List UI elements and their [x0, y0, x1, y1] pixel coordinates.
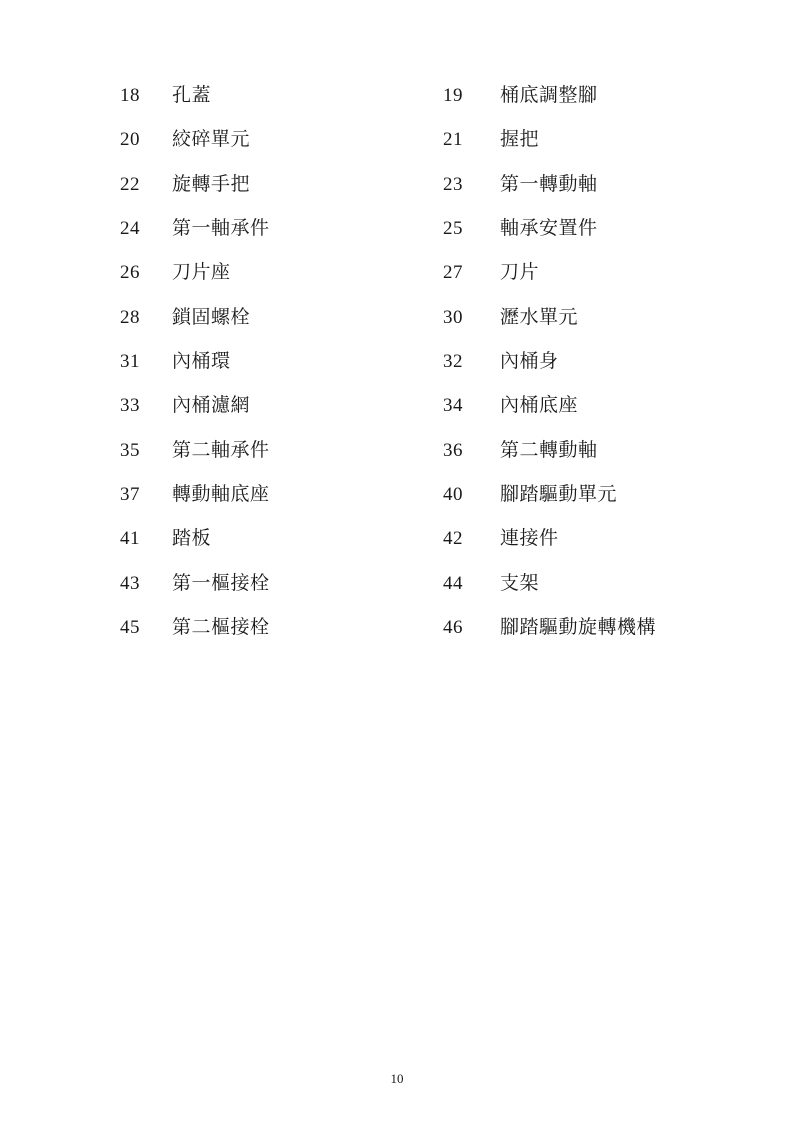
- right-ref-number: 36: [443, 441, 463, 461]
- right-ref-label: 握把: [500, 130, 539, 150]
- right-ref-label: 第一轉動軸: [500, 175, 598, 195]
- right-ref-number: 19: [443, 86, 463, 106]
- left-ref-label: 第二樞接栓: [172, 618, 270, 638]
- left-ref-number: 24: [120, 219, 140, 239]
- left-ref-label: 內桶濾網: [172, 396, 250, 416]
- right-ref-label: 桶底調整腳: [500, 86, 598, 106]
- left-ref-number: 45: [120, 618, 140, 638]
- reference-row: 28 鎖固螺栓 30 瀝水單元: [0, 308, 794, 352]
- right-ref-label: 支架: [500, 574, 539, 594]
- right-ref-number: 21: [443, 130, 463, 150]
- reference-row: 31 內桶環 32 內桶身: [0, 352, 794, 396]
- left-ref-label: 內桶環: [172, 352, 231, 372]
- reference-row: 18 孔蓋 19 桶底調整腳: [0, 86, 794, 130]
- left-ref-number: 18: [120, 86, 140, 106]
- left-ref-number: 35: [120, 441, 140, 461]
- right-ref-label: 內桶底座: [500, 396, 578, 416]
- reference-row: 24 第一軸承件 25 軸承安置件: [0, 219, 794, 263]
- reference-row: 20 絞碎單元 21 握把: [0, 130, 794, 174]
- left-ref-number: 33: [120, 396, 140, 416]
- right-ref-number: 30: [443, 308, 463, 328]
- reference-row: 26 刀片座 27 刀片: [0, 263, 794, 307]
- right-ref-label: 軸承安置件: [500, 219, 598, 239]
- left-ref-label: 絞碎單元: [172, 130, 250, 150]
- left-ref-label: 第一樞接栓: [172, 574, 270, 594]
- reference-row: 43 第一樞接栓 44 支架: [0, 574, 794, 618]
- reference-row: 35 第二軸承件 36 第二轉動軸: [0, 441, 794, 485]
- page-footer: 10: [0, 1070, 794, 1088]
- right-ref-number: 34: [443, 396, 463, 416]
- reference-numeral-list: 18 孔蓋 19 桶底調整腳 20 絞碎單元 21 握把 22 旋轉手把 23 …: [0, 86, 794, 662]
- left-ref-label: 刀片座: [172, 263, 231, 283]
- left-ref-number: 26: [120, 263, 140, 283]
- left-ref-number: 31: [120, 352, 140, 372]
- right-ref-number: 27: [443, 263, 463, 283]
- right-ref-label: 刀片: [500, 263, 539, 283]
- document-page: 18 孔蓋 19 桶底調整腳 20 絞碎單元 21 握把 22 旋轉手把 23 …: [0, 0, 794, 1123]
- right-ref-number: 23: [443, 175, 463, 195]
- left-ref-label: 踏板: [172, 529, 211, 549]
- right-ref-number: 44: [443, 574, 463, 594]
- right-ref-number: 42: [443, 529, 463, 549]
- right-ref-label: 腳踏驅動旋轉機構: [500, 618, 656, 638]
- reference-row: 41 踏板 42 連接件: [0, 529, 794, 573]
- left-ref-label: 轉動軸底座: [172, 485, 270, 505]
- left-ref-number: 37: [120, 485, 140, 505]
- reference-row: 45 第二樞接栓 46 腳踏驅動旋轉機構: [0, 618, 794, 662]
- right-ref-label: 腳踏驅動單元: [500, 485, 617, 505]
- left-ref-number: 43: [120, 574, 140, 594]
- left-ref-number: 41: [120, 529, 140, 549]
- reference-row: 22 旋轉手把 23 第一轉動軸: [0, 175, 794, 219]
- left-ref-label: 孔蓋: [172, 86, 211, 106]
- reference-row: 33 內桶濾網 34 內桶底座: [0, 396, 794, 440]
- left-ref-label: 鎖固螺栓: [172, 308, 250, 328]
- left-ref-label: 旋轉手把: [172, 175, 250, 195]
- page-number: 10: [391, 1071, 404, 1086]
- right-ref-label: 內桶身: [500, 352, 559, 372]
- left-ref-number: 20: [120, 130, 140, 150]
- left-ref-label: 第二軸承件: [172, 441, 270, 461]
- right-ref-number: 46: [443, 618, 463, 638]
- left-ref-number: 28: [120, 308, 140, 328]
- left-ref-number: 22: [120, 175, 140, 195]
- right-ref-label: 連接件: [500, 529, 559, 549]
- right-ref-number: 32: [443, 352, 463, 372]
- right-ref-label: 第二轉動軸: [500, 441, 598, 461]
- right-ref-number: 40: [443, 485, 463, 505]
- reference-row: 37 轉動軸底座 40 腳踏驅動單元: [0, 485, 794, 529]
- left-ref-label: 第一軸承件: [172, 219, 270, 239]
- right-ref-label: 瀝水單元: [500, 308, 578, 328]
- right-ref-number: 25: [443, 219, 463, 239]
